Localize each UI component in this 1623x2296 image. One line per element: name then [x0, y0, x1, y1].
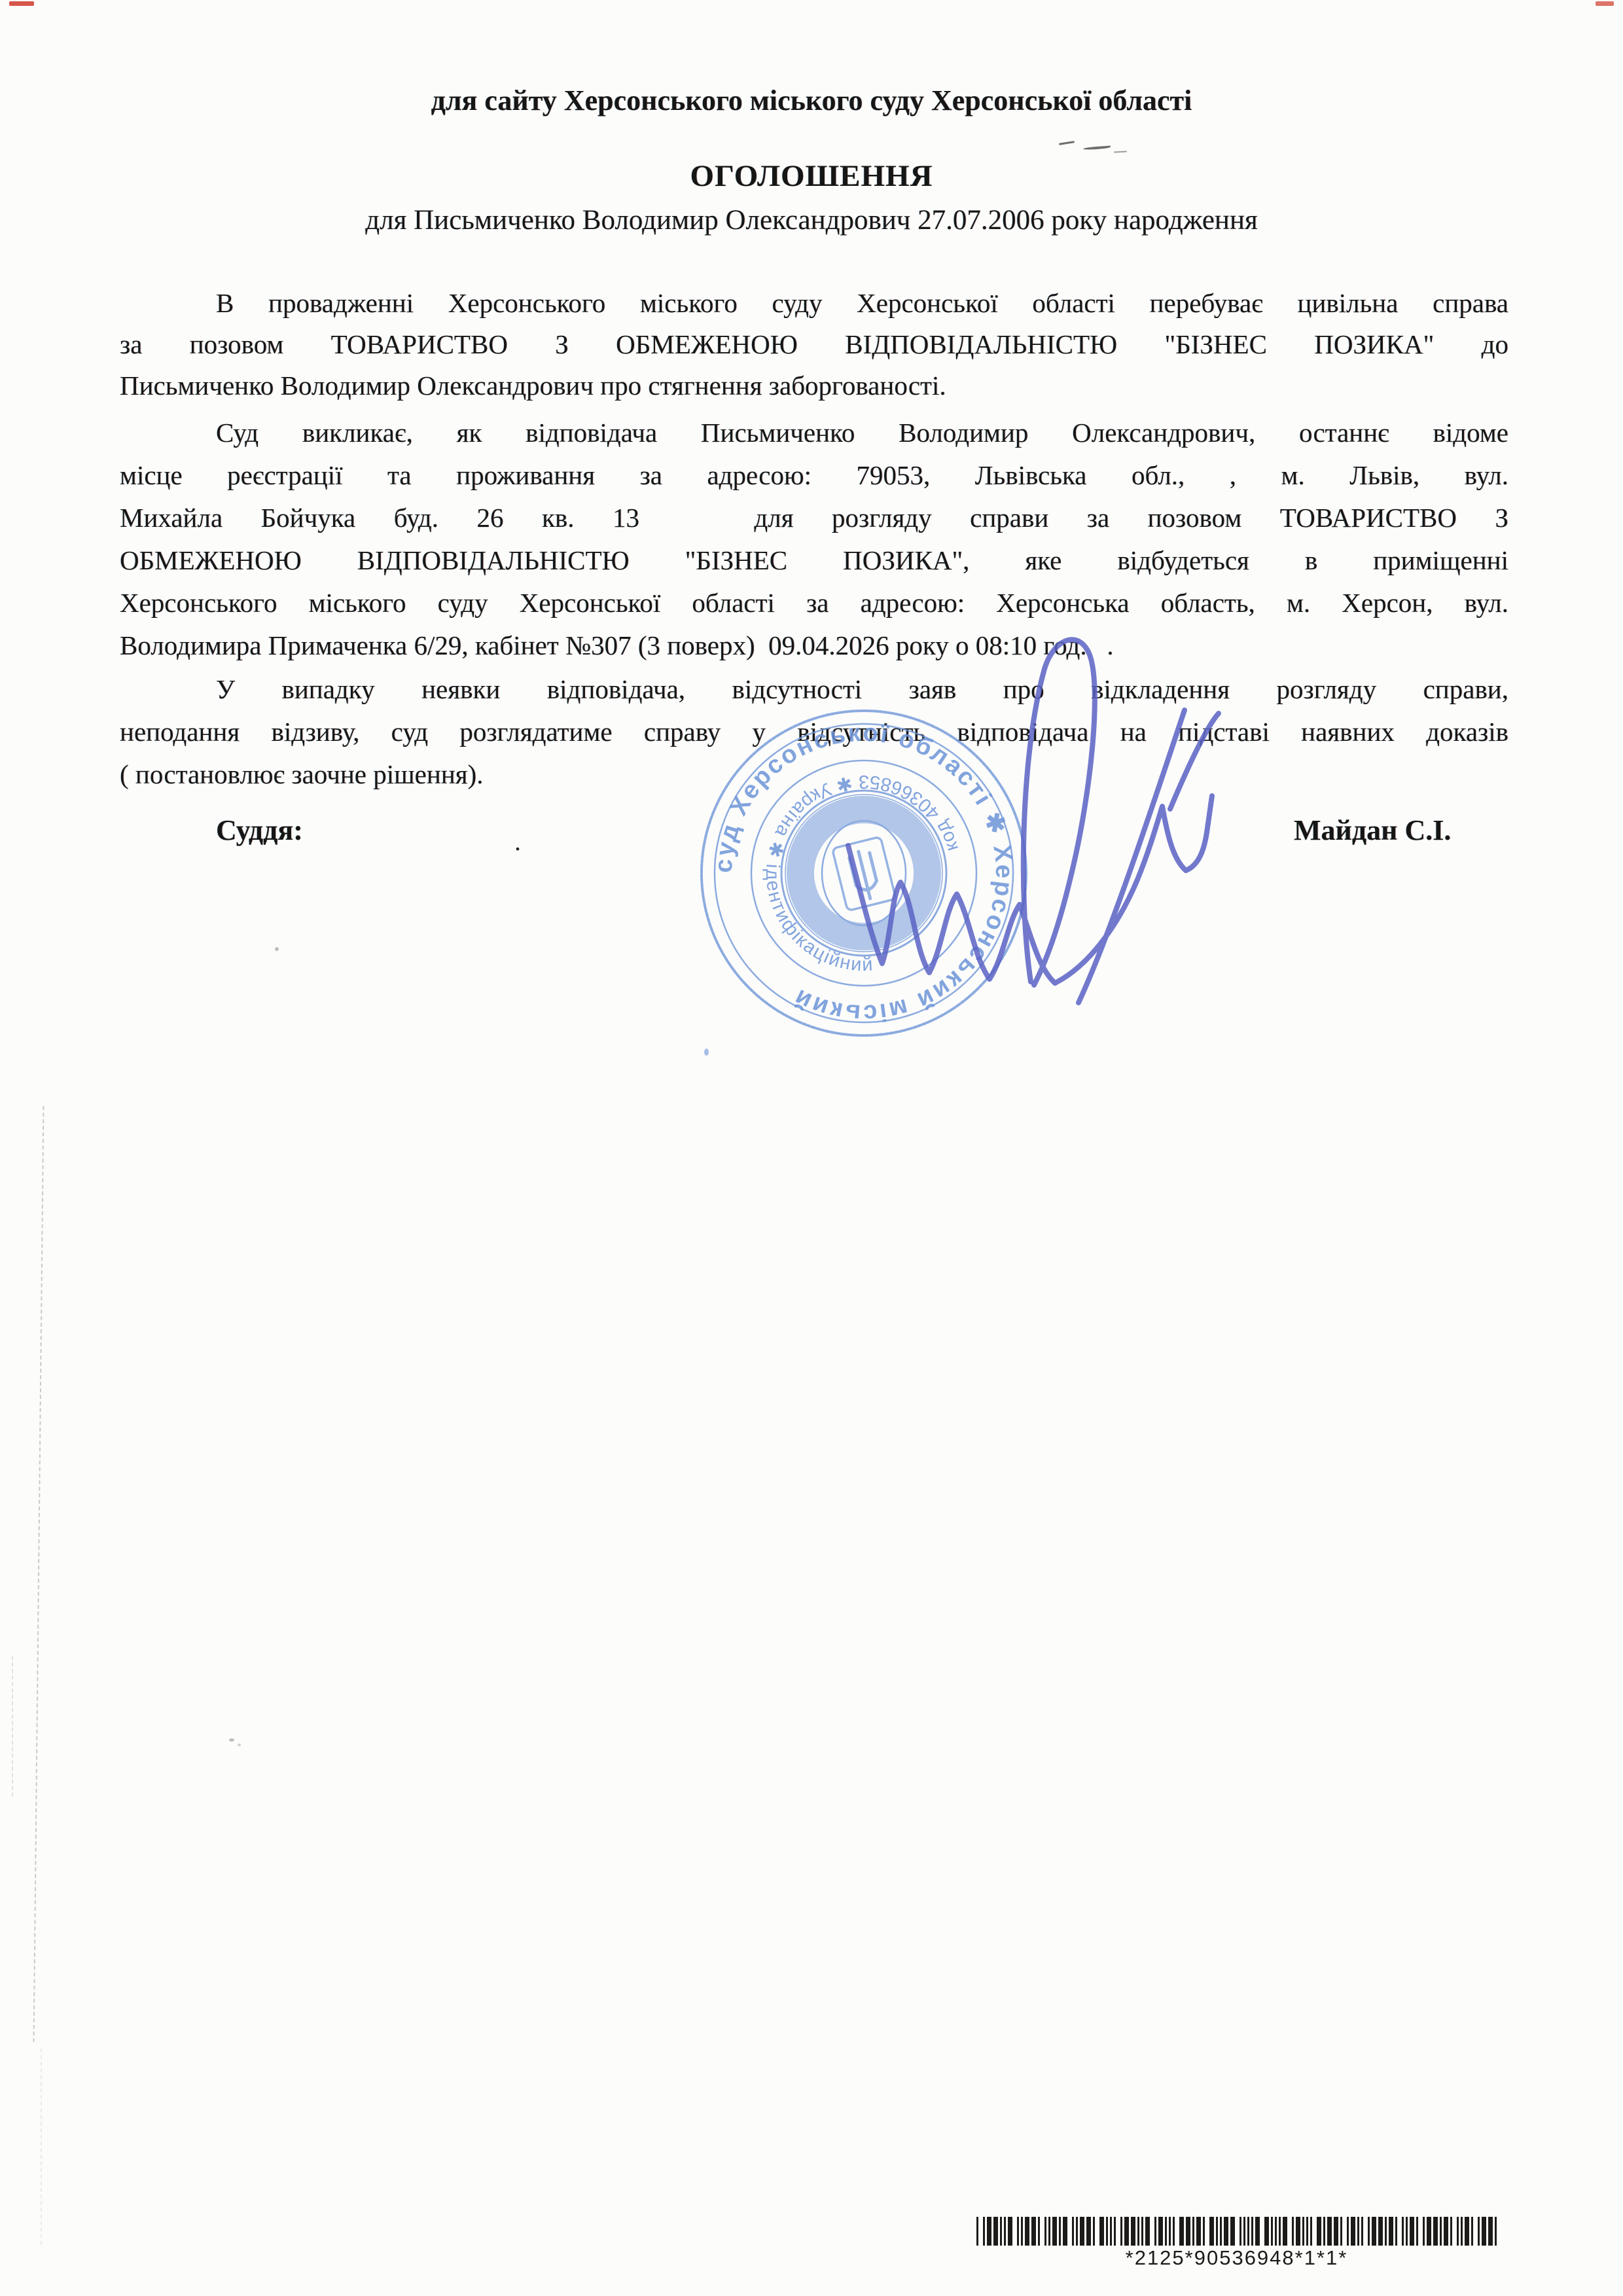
- case-barcode: [976, 2217, 1497, 2246]
- judge-signature: [0, 0, 1623, 2296]
- paper-speck: [229, 1738, 234, 1742]
- scanner-streak: [41, 2049, 42, 2245]
- paper-speck: [238, 1744, 241, 1746]
- barcode-label: *2125*90536948*1*1*: [976, 2246, 1497, 2270]
- paper-speck: [275, 947, 279, 951]
- scanner-streak: [12, 1656, 13, 1797]
- scanned-court-document: для сайту Херсонського міського суду Хер…: [0, 0, 1623, 2296]
